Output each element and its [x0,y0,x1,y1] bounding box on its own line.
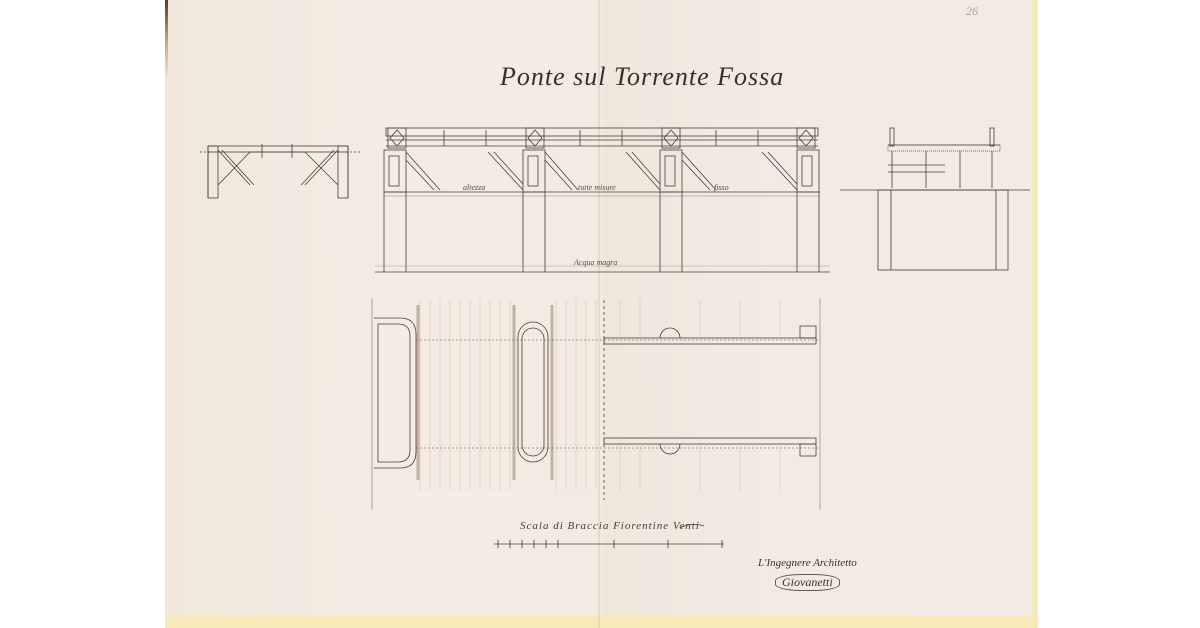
technical-drawing [0,0,1200,628]
elevation-label-right: fisso [714,183,729,192]
bridge-elevation [375,128,830,272]
water-level-label: Acqua magra [574,258,617,267]
elevation-label-middle: tutte misure [578,183,616,192]
signature-name: Giovanetti [775,574,840,591]
signature-title: L'Ingegnere Architetto [758,557,857,569]
shadow-hatching [418,305,552,480]
elevation-label-left: altezza [463,183,485,192]
small-truss-drawing [200,144,360,198]
scale-caption: Scala di Braccia Fiorentine Venti [520,520,700,532]
deck-cross-section [840,128,1030,270]
plan-hatching [420,300,780,490]
